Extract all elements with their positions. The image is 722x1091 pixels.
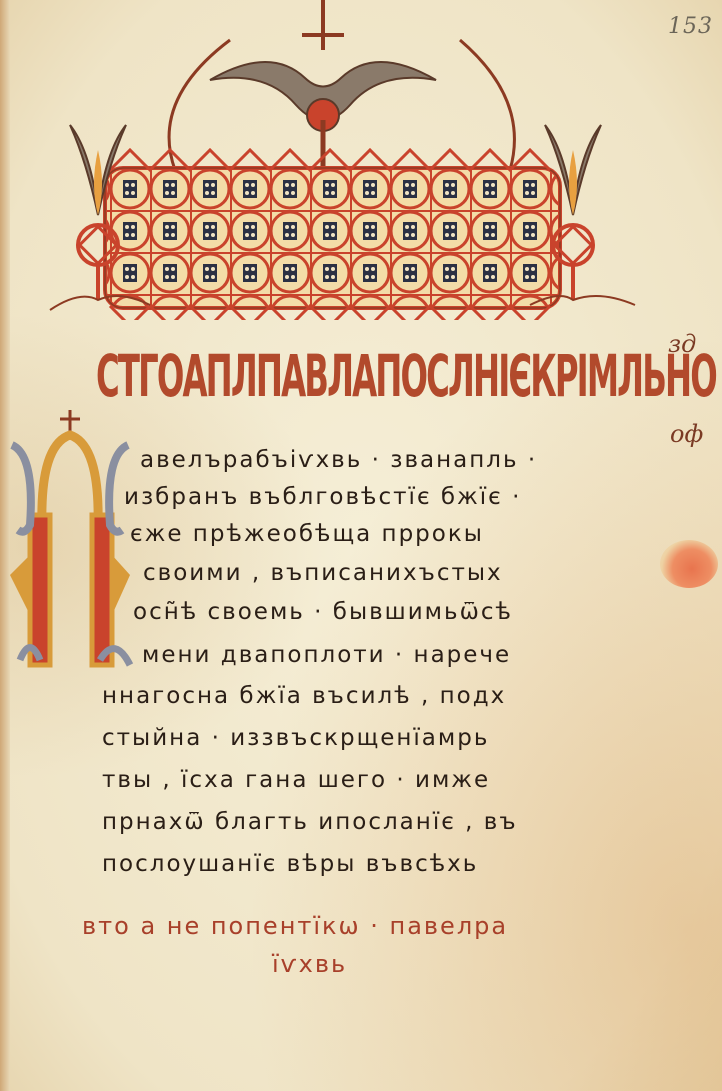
red-stain [660, 540, 718, 588]
text-line: єже прѣжеобѣща пррокы [130, 514, 484, 554]
rubric-title: СТГОАПЛПАВЛАПОСЛНІЄКРІМЛЬНО [96, 336, 406, 416]
text-line: прнахѿ благть ипосланїє , въ [102, 802, 518, 842]
margin-note: зд [668, 330, 696, 358]
interlace-headpiece [30, 0, 640, 320]
text-line: осн̃ѣ своемь · бывшимьѿсѣ [133, 592, 513, 632]
margin-note: оф [670, 420, 703, 448]
rubric-line: їѵхвь [272, 950, 347, 978]
decorated-initial-icon [0, 405, 140, 675]
manuscript-page: 153 [0, 0, 722, 1091]
text-line: авелърабъіѵхвь · званапль · [140, 440, 537, 480]
text-line: своими , въписанихъстых [143, 553, 503, 593]
folio-number: 153 [668, 14, 713, 39]
text-line: ннагосна бжїа въсилѣ , подх [102, 676, 506, 716]
text-line: стыйна · иззвъскрщенїамрь [102, 718, 489, 758]
text-line: твы , їсха гана шего · имже [102, 760, 490, 800]
cross-icon [302, 0, 344, 50]
rubric-line: вто а не попентїкѡ · павелра [82, 912, 508, 940]
text-line: мени двапоплоти · нарече [142, 635, 511, 675]
text-line: избранъ въблговѣстїє бжїє · [124, 477, 521, 517]
text-line: послоушанїє вѣры въвсѣхь [102, 844, 478, 884]
